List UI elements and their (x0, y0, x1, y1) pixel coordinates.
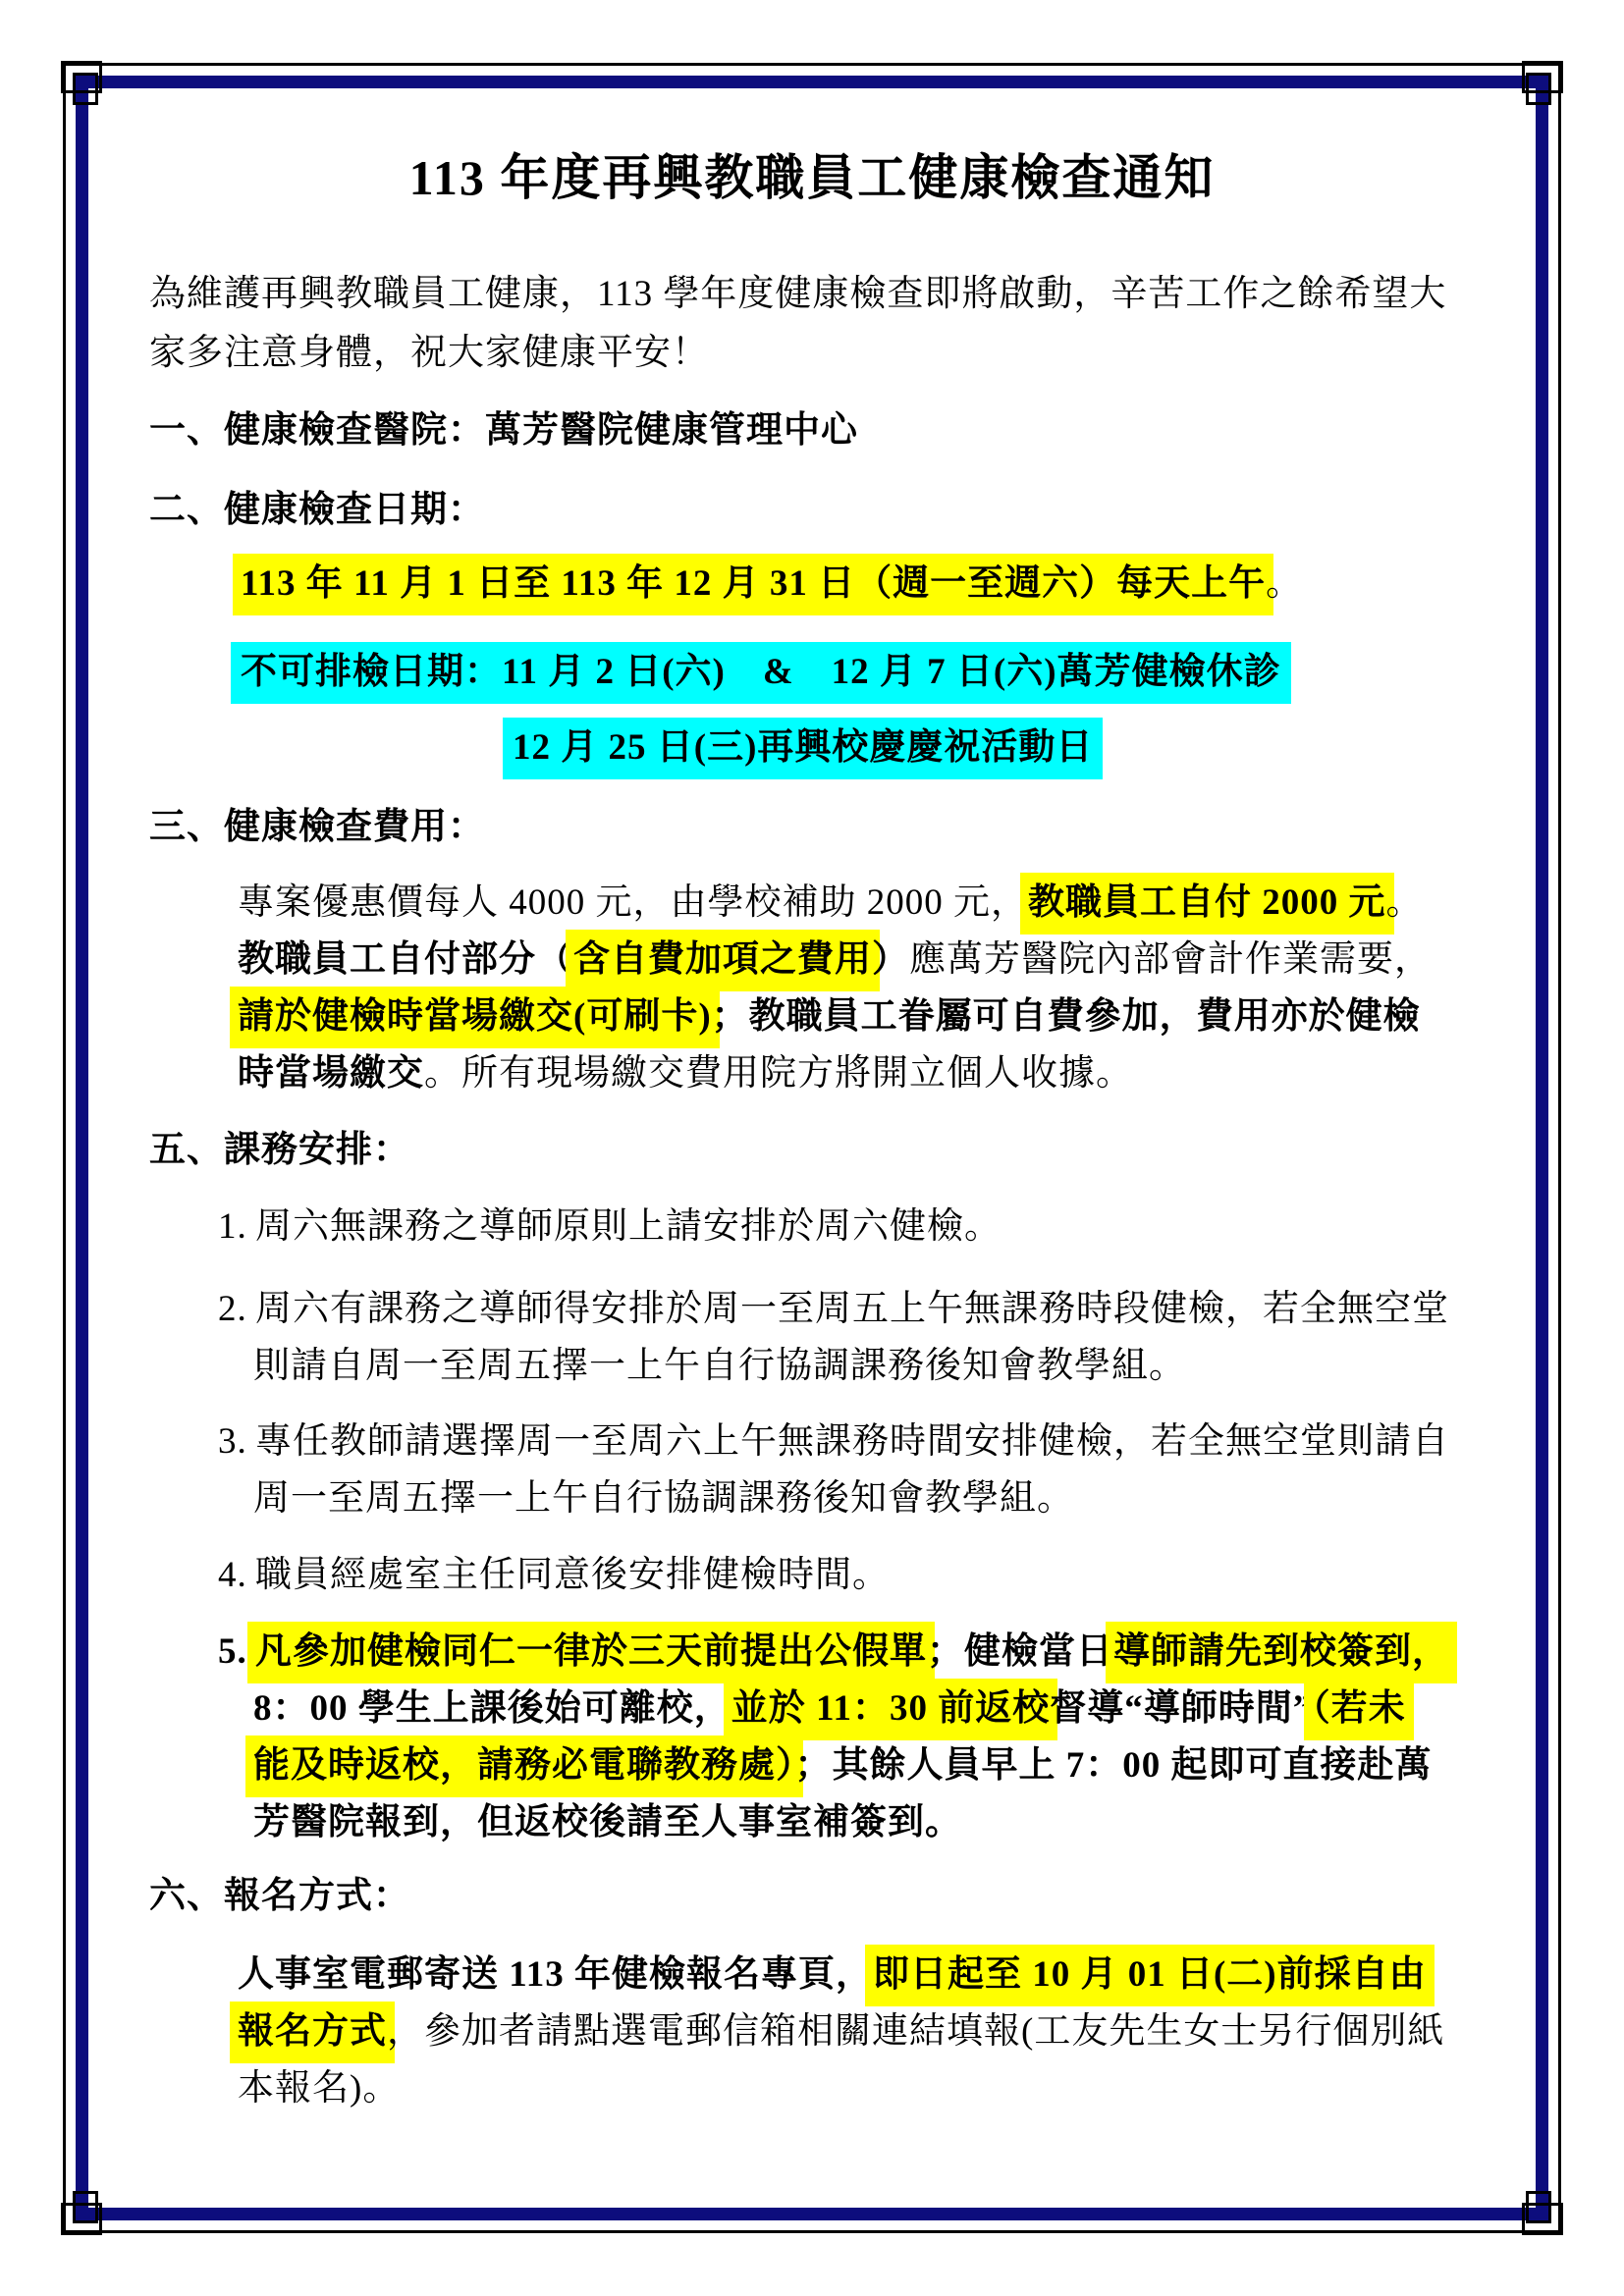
arrangement-item-3-line-1: 3.專任教師請選擇周一至周六上午無課務時間安排健檢，若全無空堂則請自 (218, 1414, 1449, 1470)
text-segment: 芳醫院報到，但返校後請至人事室補簽到。 (253, 1802, 962, 1842)
text-segment: 為維護再興教職員工健康，113 學年度健康檢查即將啟動，辛苦工作之餘希望大 (149, 274, 1446, 314)
arrangement-item-2-line-2: 則請自周一至周五擇一上午自行協調課務後知會教學組。 (253, 1338, 1186, 1395)
text-segment: 五、課務安排： (149, 1130, 410, 1170)
text-segment: ，參加者請點選電郵信箱相關連結填報(工友先生女士另行個別紙 (387, 2011, 1444, 2052)
text-segment: 專任教師請選擇周一至周六上午無課務時間安排健檢，若全無空堂則請自 (255, 1421, 1449, 1462)
arrangement-item-5-line-2: 8：00 學生上課後始可離校，並於 11：30 前返校督導“導師時間”（若未 (253, 1681, 1406, 1737)
text-segment: 含自費加項之費用 (566, 930, 880, 991)
text-segment: 周一至周五擇一上午自行協調課務後知會教學組。 (253, 1478, 1074, 1519)
arrangement-item-5-line-4: 芳醫院報到，但返校後請至人事室補簽到。 (253, 1794, 962, 1851)
text-segment: 教職員工自付 2000 元 (1020, 873, 1394, 934)
text-segment: 報名方式 (230, 2002, 395, 2063)
fee-line-2: 教職員工自付部分（含自費加項之費用）應萬芳醫院內部會計作業需要， (238, 932, 1432, 988)
text-segment: 時當場繳交 (238, 1053, 424, 1094)
text-segment: 1. (218, 1199, 255, 1255)
text-segment: 周六有課務之導師得安排於周一至周五上午無課務時段健檢，若全無空堂 (255, 1289, 1449, 1329)
section-2-heading: 二、健康檢查日期： (149, 482, 485, 539)
text-segment: 4. (218, 1547, 255, 1604)
text-segment: 家多注意身體，祝大家健康平安！ (149, 333, 709, 373)
text-segment: 請於健檢時當場繳交(可刷卡) (230, 987, 720, 1048)
text-segment: ；教職員工眷屬可自費參加，費用亦於健檢 (712, 996, 1421, 1037)
section-1-heading: 一、健康檢查醫院：萬芳醫院健康管理中心 (149, 402, 858, 459)
text-segment: 。 (1386, 882, 1424, 923)
arrangement-item-3-line-2: 周一至周五擇一上午自行協調課務後知會教學組。 (253, 1470, 1074, 1527)
text-segment: 凡參加健檢同仁一律於三天前提出公假單 (247, 1622, 935, 1683)
text-segment: 職員經處室主任同意後安排健檢時間。 (255, 1555, 890, 1595)
signup-line-1: 人事室電郵寄送 113 年健檢報名專頁，即日起至 10 月 01 日(二)前採自… (238, 1947, 1427, 2003)
text-segment: 應萬芳醫院內部會計作業需要， (909, 939, 1432, 980)
text-segment: 一、健康檢查醫院：萬芳醫院健康管理中心 (149, 410, 858, 451)
fee-line-1: 專案優惠價每人 4000 元，由學校補助 2000 元，教職員工自付 2000 … (238, 875, 1424, 932)
signup-line-2: 報名方式，參加者請點選電郵信箱相關連結填報(工友先生女士另行個別紙 (238, 2003, 1444, 2060)
text-segment: 二、健康檢查日期： (149, 490, 485, 530)
text-segment: 。 (1266, 563, 1303, 604)
intro-line-1: 為維護再興教職員工健康，113 學年度健康檢查即將啟動，辛苦工作之餘希望大 (149, 266, 1446, 323)
text-segment: 三、健康檢查費用： (149, 807, 485, 847)
intro-line-2: 家多注意身體，祝大家健康平安！ (149, 325, 709, 382)
text-segment: 周六無課務之導師原則上請安排於周六健檢。 (255, 1206, 1001, 1247)
text-segment: 3. (218, 1414, 255, 1470)
section-6-heading: 六、報名方式： (149, 1868, 410, 1925)
text-segment: 並於 11：30 前返校 (724, 1679, 1057, 1740)
text-segment: 113 年度再興教職員工健康檢查通知 (409, 150, 1216, 205)
text-segment: 113 年 11 月 1 日至 113 年 12 月 31 日（週一至週六）每天… (233, 554, 1273, 615)
text-segment: 專案優惠價每人 4000 元，由學校補助 2000 元， (238, 882, 1028, 923)
arrangement-item-2-line-1: 2.周六有課務之導師得安排於周一至周五上午無課務時段健檢，若全無空堂 (218, 1281, 1449, 1338)
text-segment: 督導“導師時間” (1050, 1688, 1312, 1729)
arrangement-item-5-line-3: 能及時返校，請務必電聯教務處）；其餘人員早上 7：00 起即可直接赴萬 (253, 1737, 1433, 1794)
text-segment: 則請自周一至周五擇一上午自行協調課務後知會教學組。 (253, 1346, 1186, 1386)
text-segment: 能及時返校，請務必電聯教務處） (245, 1735, 803, 1797)
fee-line-3: 請於健檢時當場繳交(可刷卡)；教職員工眷屬可自費參加，費用亦於健檢 (238, 988, 1421, 1045)
text-segment: ） (872, 939, 909, 980)
arrangement-item-5-line-1: 5.凡參加健檢同仁一律於三天前提出公假單；健檢當日導師請先到校簽到， (218, 1624, 1449, 1681)
text-segment: 8：00 學生上課後始可離校， (253, 1688, 731, 1729)
anniversary-line: 12 月 25 日(三)再興校慶慶祝活動日 (513, 720, 1093, 776)
fee-line-4: 時當場繳交。所有現場繳交費用院方將開立個人收據。 (238, 1045, 1133, 1102)
document-page: 113 年度再興教職員工健康檢查通知為維護再興教職員工健康，113 學年度健康檢… (0, 0, 1624, 2296)
text-segment: 即日起至 10 月 01 日(二)前採自由 (865, 1945, 1435, 2006)
text-segment: 六、報名方式： (149, 1876, 410, 1916)
doc-title: 113 年度再興教職員工健康檢查通知 (0, 142, 1624, 213)
text-segment: （若未 (1304, 1679, 1414, 1740)
text-segment: 人事室電郵寄送 113 年健檢報名專頁， (238, 1954, 873, 1995)
text-segment: 不可排檢日期：11 月 2 日(六) & 12 月 7 日(六)萬芳健檢休診 (231, 642, 1291, 704)
text-segment: ；其餘人員早上 7：00 起即可直接赴萬 (795, 1745, 1433, 1786)
text-segment: 本報名)。 (238, 2068, 400, 2109)
text-segment: 2. (218, 1281, 255, 1338)
excluded-dates-line: 不可排檢日期：11 月 2 日(六) & 12 月 7 日(六)萬芳健檢休診 (241, 644, 1281, 701)
text-segment: 導師請先到校簽到， (1106, 1622, 1457, 1683)
checkup-date-line: 113 年 11 月 1 日至 113 年 12 月 31 日（週一至週六）每天… (241, 556, 1303, 613)
text-segment: 教職員工自付部分（ (238, 939, 573, 980)
section-3-heading: 三、健康檢查費用： (149, 799, 485, 856)
text-segment: 12 月 25 日(三)再興校慶慶祝活動日 (503, 718, 1103, 779)
arrangement-item-1: 1.周六無課務之導師原則上請安排於周六健檢。 (218, 1199, 1001, 1255)
signup-line-3: 本報名)。 (238, 2060, 400, 2117)
arrangement-item-4: 4.職員經處室主任同意後安排健檢時間。 (218, 1547, 890, 1604)
text-segment: ；健檢當日 (927, 1631, 1113, 1672)
section-5-heading: 五、課務安排： (149, 1122, 410, 1179)
document-body: 113 年度再興教職員工健康檢查通知為維護再興教職員工健康，113 學年度健康檢… (0, 0, 1624, 2296)
text-segment: 。所有現場繳交費用院方將開立個人收據。 (424, 1053, 1133, 1094)
